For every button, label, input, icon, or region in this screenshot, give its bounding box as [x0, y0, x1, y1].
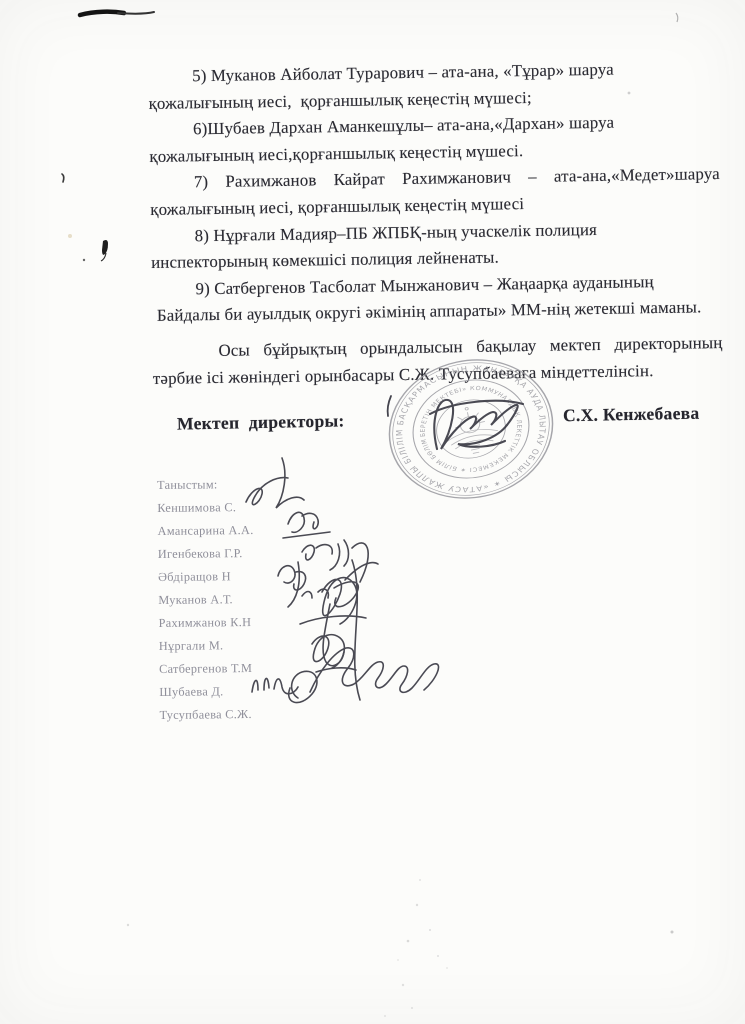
stamp-ring-inner-bottom-text: МЕМЛЕКЕТТІК МЕКЕМЕСІ ✶ БІЛІМ БӨЛІМІНІҢ	[419, 414, 531, 482]
director-label: Мектеп директоры:	[177, 410, 345, 434]
acknowledgement-name: Игенбекова Г.Р.	[158, 541, 328, 566]
state-emblem-icon	[441, 402, 501, 458]
svg-text:МЕМЛЕКЕТТІК МЕКЕМЕСІ ✶ БІЛІМ Б: МЕМЛЕКЕТТІК МЕКЕМЕСІ ✶ БІЛІМ БӨЛІМІНІҢ	[419, 414, 531, 482]
acknowledgement-name: Нұргали М.	[159, 633, 329, 658]
scanned-document-page: 5) Муканов Айболат Турарович – ата-ана, …	[0, 0, 745, 1024]
acknowledgement-name: Амансарина А.А.	[157, 518, 327, 543]
acknowledgement-name: Сатбергенов Т.М	[159, 656, 329, 681]
director-name: С.Х. Кенжебаева	[563, 403, 700, 427]
ink-tick-mark	[388, 396, 391, 416]
acknowledgement-name: Шубаева Д.	[159, 679, 329, 704]
acknowledgement-names: Кеншимова С. Амансарина А.А. Игенбекова …	[157, 495, 329, 727]
acknowledgement-title: Таныстым:	[157, 472, 327, 497]
acknowledgement-name: Муканов А.Т.	[158, 587, 328, 612]
stamp-ring-outer-bottom-text: ҰЛЫТАУ ОБЛЫСЫ ✶ «АТАСУ ЖАЛПЫ БІЛІМ	[395, 407, 560, 508]
acknowledgement-block: Таныстым: Кеншимова С. Амансарина А.А. И…	[157, 472, 330, 727]
acknowledgement-name: Кеншимова С.	[157, 495, 327, 520]
acknowledgement-name: Әбдіращов Н	[158, 564, 328, 589]
acknowledgement-name: Рахимжанов К.Н	[158, 610, 328, 635]
acknowledgement-name: Тусупбаева С.Ж.	[159, 702, 329, 727]
svg-text:ҰЛЫТАУ ОБЛЫСЫ ✶ «АТАСУ ЖАЛПЫ Б: ҰЛЫТАУ ОБЛЫСЫ ✶ «АТАСУ ЖАЛПЫ БІЛІМ	[395, 407, 560, 508]
director-signature	[430, 400, 523, 449]
order-body-text: 5) Муканов Айболат Турарович – ата-ана, …	[148, 55, 723, 392]
